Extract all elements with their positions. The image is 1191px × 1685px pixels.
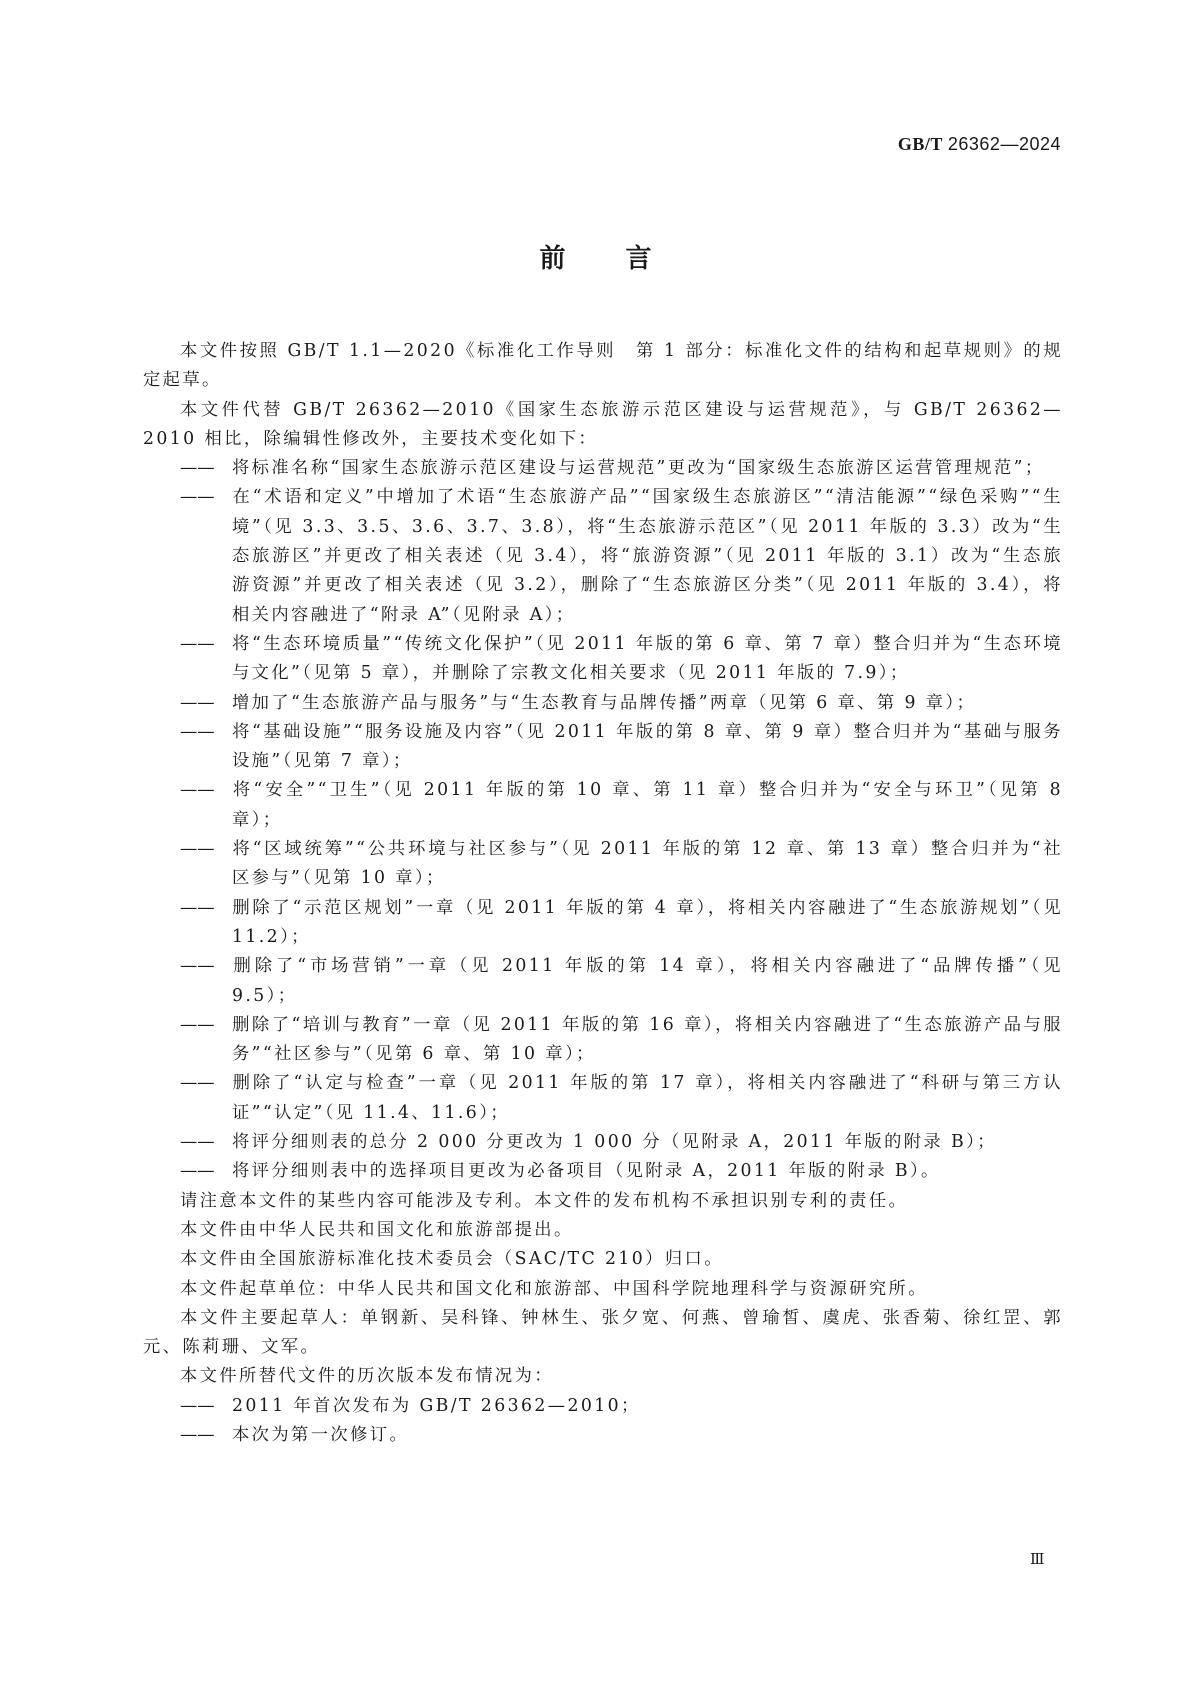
paragraph-history-intro: 本文件所替代文件的历次版本发布情况为： [143,1362,1063,1391]
change-text: 在“术语和定义”中增加了术语“生态旅游产品”“国家级生态旅游区”“清洁能源”“绿… [232,487,1063,624]
change-item: ——将“生态环境质量”“传统文化保护”（见 2011 年版的第 6 章、第 7 … [143,630,1063,689]
change-text: 将“安全”“卫生”（见 2011 年版的第 10 章、第 11 章）整合归并为“… [232,780,1063,829]
paragraph-replaces: 本文件代替 GB/T 26362—2010《国家生态旅游示范区建设与运营规范》，… [143,396,1063,455]
dash-mark: —— [180,1128,232,1157]
history-text: 2011 年首次发布为 GB/T 26362—2010； [232,1396,641,1416]
change-text: 将“生态环境质量”“传统文化保护”（见 2011 年版的第 6 章、第 7 章）… [232,634,1063,683]
change-text: 将评分细则表中的选择项目更改为必备项目（见附录 A，2011 年版的附录 B）。 [232,1161,941,1181]
standard-code: GB/T 26362—2024 [898,134,1061,155]
dash-mark: —— [180,454,232,483]
paragraph-drafters: 本文件主要起草人：单钢新、吴科锋、钟林生、张夕宽、何燕、曾瑜皙、虞虎、张香菊、徐… [143,1304,1063,1363]
dash-mark: —— [180,835,232,864]
paragraph-committee: 本文件由全国旅游标准化技术委员会（SAC/TC 210）归口。 [143,1245,1063,1274]
change-text: 删除了“市场营销”一章（见 2011 年版的第 14 章），将相关内容融进了“品… [232,956,1063,1005]
change-item: ——增加了“生态旅游产品与服务”与“生态教育与品牌传播”两章（见第 6 章、第 … [143,689,1063,718]
dash-mark: —— [180,1011,232,1040]
dash-mark: —— [180,483,232,512]
paragraph-proposer: 本文件由中华人民共和国文化和旅游部提出。 [143,1216,1063,1245]
change-item: ——删除了“认定与检查”一章（见 2011 年版的第 17 章），将相关内容融进… [143,1069,1063,1128]
dash-mark: —— [180,1157,232,1186]
change-text: 将评分细则表的总分 2 000 分更改为 1 000 分（见附录 A，2011 … [232,1132,997,1152]
change-item: ——在“术语和定义”中增加了术语“生态旅游产品”“国家级生态旅游区”“清洁能源”… [143,483,1063,629]
dash-mark: —— [180,1421,232,1450]
paragraph-drafting-units: 本文件起草单位：中华人民共和国文化和旅游部、中国科学院地理科学与资源研究所。 [143,1275,1063,1304]
page-number: Ⅲ [1030,1550,1044,1569]
change-text: 增加了“生态旅游产品与服务”与“生态教育与品牌传播”两章（见第 6 章、第 9 … [232,693,976,713]
dash-mark: —— [180,952,232,981]
dash-mark: —— [180,689,232,718]
change-text: 将“基础设施”“服务设施及内容”（见 2011 年版的第 8 章、第 9 章）整… [232,722,1063,771]
dash-mark: —— [180,776,232,805]
change-item: ——将评分细则表的总分 2 000 分更改为 1 000 分（见附录 A，201… [143,1128,1063,1157]
change-text: 将“区域统筹”“公共环境与社区参与”（见 2011 年版的第 12 章、第 13… [232,839,1063,888]
dash-mark: —— [180,630,232,659]
change-item: ——将“区域统筹”“公共环境与社区参与”（见 2011 年版的第 12 章、第 … [143,835,1063,894]
history-item: ——2011 年首次发布为 GB/T 26362—2010； [143,1392,1063,1421]
history-item: ——本次为第一次修订。 [143,1421,1063,1450]
change-item: ——删除了“示范区规划”一章（见 2011 年版的第 4 章），将相关内容融进了… [143,894,1063,953]
change-text: 删除了“培训与教育”一章（见 2011 年版的第 16 章），将相关内容融进了“… [232,1015,1063,1064]
foreword-body: 本文件按照 GB/T 1.1—2020《标准化工作导则 第 1 部分：标准化文件… [143,337,1063,1450]
standard-number: 26362—2024 [948,134,1061,154]
title-char-1: 前 [539,238,565,275]
change-text: 删除了“认定与检查”一章（见 2011 年版的第 17 章），将相关内容融进了“… [232,1073,1063,1122]
change-item: ——将标准名称“国家生态旅游示范区建设与运营规范”更改为“国家级生态旅游区运营管… [143,454,1063,483]
dash-mark: —— [180,1069,232,1098]
change-item: ——将“安全”“卫生”（见 2011 年版的第 10 章、第 11 章）整合归并… [143,776,1063,835]
title-char-2: 言 [626,238,652,275]
dash-mark: —— [180,1392,232,1421]
change-item: ——将评分细则表中的选择项目更改为必备项目（见附录 A，2011 年版的附录 B… [143,1157,1063,1186]
history-text: 本次为第一次修订。 [232,1425,409,1445]
change-item: ——将“基础设施”“服务设施及内容”（见 2011 年版的第 8 章、第 9 章… [143,718,1063,777]
change-item: ——删除了“培训与教育”一章（见 2011 年版的第 16 章），将相关内容融进… [143,1011,1063,1070]
dash-mark: —— [180,718,232,747]
paragraph-drafting-rules: 本文件按照 GB/T 1.1—2020《标准化工作导则 第 1 部分：标准化文件… [143,337,1063,396]
dash-mark: —— [180,894,232,923]
change-text: 将标准名称“国家生态旅游示范区建设与运营规范”更改为“国家级生态旅游区运营管理规… [232,458,1045,478]
change-text: 删除了“示范区规划”一章（见 2011 年版的第 4 章），将相关内容融进了“生… [232,898,1063,947]
change-item: ——删除了“市场营销”一章（见 2011 年版的第 14 章），将相关内容融进了… [143,952,1063,1011]
standard-prefix: GB/T [898,134,943,154]
page-title: 前言 [0,238,1191,275]
paragraph-patent-notice: 请注意本文件的某些内容可能涉及专利。本文件的发布机构不承担识别专利的责任。 [143,1187,1063,1216]
